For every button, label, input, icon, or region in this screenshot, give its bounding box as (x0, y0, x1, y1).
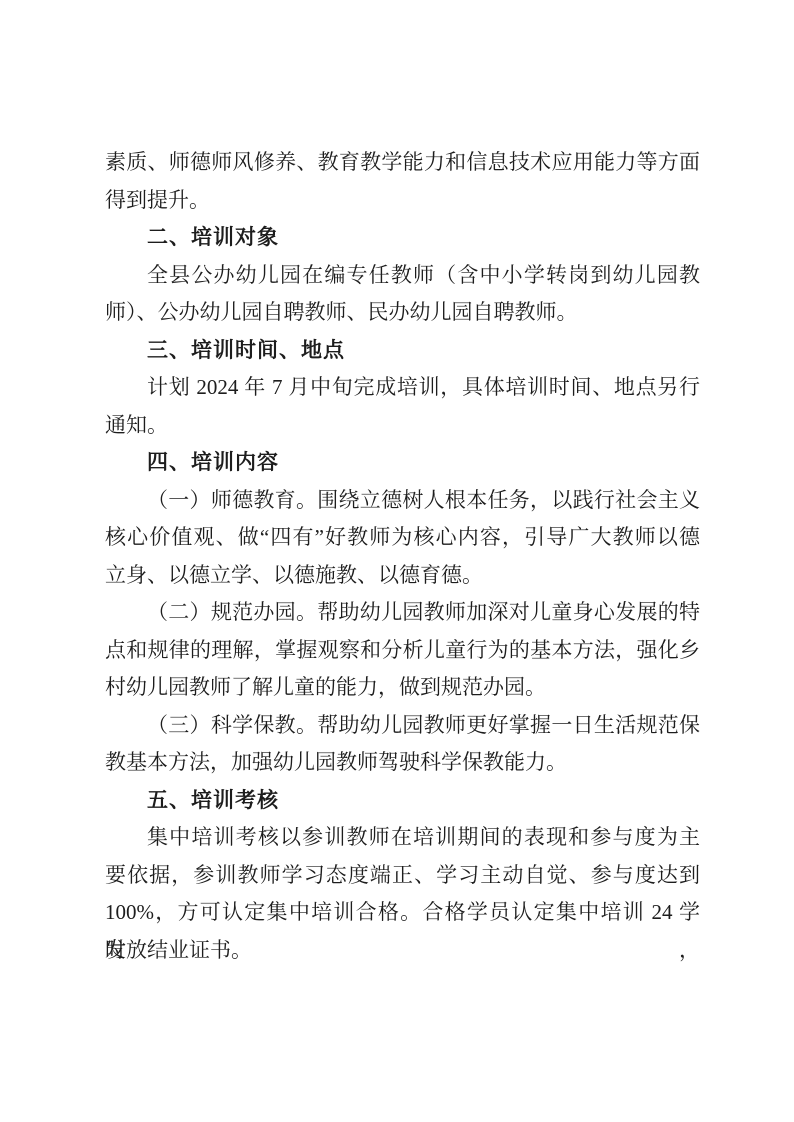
document-content: 素质、师德师风修养、教育教学能力和信息技术应用能力等方面得到提升。二、培训对象全… (105, 144, 700, 969)
text-line: （三）科学保教。帮助幼儿园教师更好掌握一日生活规范保 (105, 707, 700, 745)
text-line: 得到提升。 (105, 182, 700, 220)
text-line: 集中培训考核以参训教师在培训期间的表现和参与度为主 (105, 819, 700, 857)
text-line: 计划 2024 年 7 月中旬完成培训，具体培训时间、地点另行 (105, 369, 700, 407)
text-line: 核心价值观、做“四有”好教师为核心内容，引导广大教师以德 (105, 519, 700, 557)
section-heading: 三、培训时间、地点 (105, 332, 700, 370)
text-line: 100%，方可认定集中培训合格。合格学员认定集中培训 24 学时， (105, 894, 700, 932)
section-heading: 二、培训对象 (105, 219, 700, 257)
text-line: 立身、以德立学、以德施教、以德育德。 (105, 557, 700, 595)
section-heading: 四、培训内容 (105, 444, 700, 482)
document-page: 素质、师德师风修养、教育教学能力和信息技术应用能力等方面得到提升。二、培训对象全… (0, 0, 794, 1122)
text-line: 教基本方法，加强幼儿园教师驾驶科学保教能力。 (105, 744, 700, 782)
text-line: 师）、公办幼儿园自聘教师、民办幼儿园自聘教师。 (105, 294, 700, 332)
text-line: 全县公办幼儿园在编专任教师（含中小学转岗到幼儿园教 (105, 257, 700, 295)
text-line: （一）师德教育。围绕立德树人根本任务，以践行社会主义 (105, 482, 700, 520)
text-line: 点和规律的理解，掌握观察和分析儿童行为的基本方法，强化乡 (105, 632, 700, 670)
section-heading: 五、培训考核 (105, 782, 700, 820)
text-line: 素质、师德师风修养、教育教学能力和信息技术应用能力等方面 (105, 144, 700, 182)
text-line: 村幼儿园教师了解儿童的能力，做到规范办园。 (105, 669, 700, 707)
text-line: 要依据，参训教师学习态度端正、学习主动自觉、参与度达到 (105, 857, 700, 895)
text-line: （二）规范办园。帮助幼儿园教师加深对儿童身心发展的特 (105, 594, 700, 632)
text-line: 通知。 (105, 407, 700, 445)
